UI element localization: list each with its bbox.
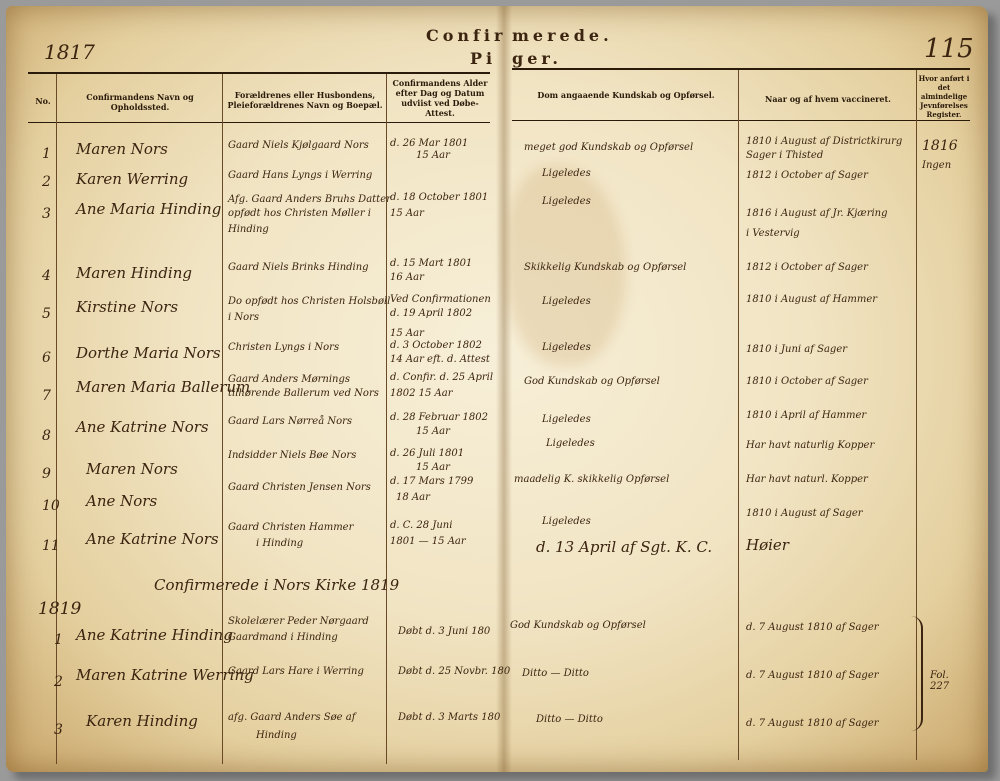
entry-parents: Skolelærer Peder Nørgaard <box>228 616 369 627</box>
entry-name: Ane Katrine Nors <box>86 530 219 548</box>
signature-name: Høier <box>746 536 789 554</box>
entry-judgement: God Kundskab og Opførsel <box>510 620 646 631</box>
column-header-vaccinated: Naar og af hvem vaccineret. <box>742 94 914 104</box>
subtitle-right-part: ger. <box>512 49 562 68</box>
entry-age: Døbt d. 25 Novbr. 180 <box>398 666 510 677</box>
entry-age: Døbt d. 3 Juni 180 <box>398 626 490 637</box>
entry-age-years: 14 Aar eft. d. Attest <box>390 354 490 365</box>
entry-age: d. 17 Mars 1799 <box>390 476 473 487</box>
entry-judgement: Ditto — Ditto <box>522 668 589 679</box>
entry-name: Maren Maria Ballerum <box>76 378 250 396</box>
entry-number: 11 <box>42 538 60 554</box>
entry-judgement: Ligeledes <box>546 438 595 449</box>
column-header-judgement: Dom angaaende Kundskab og Opførsel. <box>516 90 736 100</box>
entry-vaccinated: 1816 i August af Jr. Kjæring <box>746 208 888 219</box>
entry-age-years: 15 Aar <box>390 208 424 219</box>
entry-vaccinated-line2: i Vestervig <box>746 228 800 239</box>
section-year-1819: 1819 <box>38 599 81 619</box>
column-divider <box>738 70 739 760</box>
entry-name: Dorthe Maria Nors <box>76 344 221 362</box>
header-bottom-rule-left <box>28 122 490 123</box>
page-number: 115 <box>924 34 974 64</box>
entry-number: 8 <box>42 428 51 444</box>
entry-vaccinated: d. 7 August 1810 af Sager <box>746 718 879 729</box>
entry-judgement: meget god Kundskab og Opførsel <box>524 142 693 153</box>
entry-name: Maren Hinding <box>76 264 192 282</box>
entry-age: Ved Confirmationen <box>390 294 491 305</box>
entry-age-years: 1802 15 Aar <box>390 388 453 399</box>
entry-name: Maren Nors <box>86 460 178 478</box>
entry-vaccinated: 1810 i August af Sager <box>746 508 863 519</box>
entry-vaccinated: d. 7 August 1810 af Sager <box>746 670 879 681</box>
entry-name: Karen Werring <box>76 170 188 188</box>
entry-parents-line2: Gaardmand i Hinding <box>228 632 338 643</box>
title-right-part: merede. <box>512 26 613 45</box>
entry-vaccinated: 1812 i October af Sager <box>746 262 868 273</box>
entry-age-years: d. 19 April 1802 <box>390 308 472 319</box>
entry-parents: Gaard Niels Kjølgaard Nors <box>228 140 369 151</box>
entry-name: Maren Nors <box>76 140 168 158</box>
column-header-no: No. <box>30 96 56 106</box>
entry-judgement: Ligeledes <box>542 296 591 307</box>
entry-vaccinated: 1810 i April af Hammer <box>746 410 866 421</box>
entry-age: Døbt d. 3 Marts 180 <box>398 712 500 723</box>
entry-parents: Gaard Hans Lyngs i Werring <box>228 170 372 181</box>
entry-number: 6 <box>42 350 51 366</box>
entry-name: Karen Hinding <box>86 712 198 730</box>
entry-vaccinated: Har havt naturlig Kopper <box>746 440 874 451</box>
subtitle-left-part: Pi <box>470 49 496 68</box>
header-top-rule-right <box>512 68 970 70</box>
entry-register: Ingen <box>922 160 951 171</box>
entry-judgement: Ligeledes <box>542 342 591 353</box>
entry-number: 4 <box>42 268 51 284</box>
entry-number: 9 <box>42 466 51 482</box>
entry-number: 3 <box>54 722 63 738</box>
entry-age: d. 3 October 1802 <box>390 340 482 351</box>
entry-parents-line2: tilhørende Ballerum ved Nors <box>228 388 379 399</box>
book-gutter <box>496 6 512 772</box>
header-bottom-rule-right <box>512 120 970 121</box>
entry-judgement: Skikkelig Kundskab og Opførsel <box>524 262 686 273</box>
entry-age: d. C. 28 Juni <box>390 520 452 531</box>
column-header-name: Confirmandens Navn og Opholdssted. <box>60 92 220 112</box>
entry-parents: Christen Lyngs i Nors <box>228 342 339 353</box>
entry-age: d. 28 Februar 1802 <box>390 412 488 423</box>
entry-age: d. Confir. d. 25 April <box>390 372 493 383</box>
entry-age-years: 15 Aar <box>416 426 450 437</box>
entry-number: 1 <box>54 632 63 648</box>
entry-judgement: Ligeledes <box>542 516 591 527</box>
entry-vaccinated-line2: Sager i Thisted <box>746 150 823 161</box>
entry-judgement: Ligeledes <box>542 196 591 207</box>
entry-age-years: 18 Aar <box>396 492 430 503</box>
entry-vaccinated: 1810 i August af Districtkirurg <box>746 136 902 147</box>
entry-number: 2 <box>42 174 51 190</box>
column-header-parents: Forældrenes eller Husbondens, Pleieforæl… <box>226 90 384 110</box>
entry-parents: Gaard Lars Hare i Werring <box>228 666 364 677</box>
entry-name: Ane Katrine Hinding <box>76 626 233 644</box>
entry-parents: Gaard Christen Jensen Nors <box>228 482 371 493</box>
entry-parents: Afg. Gaard Anders Bruhs Datter <box>228 194 391 205</box>
entry-name: Ane Nors <box>86 492 157 510</box>
column-divider <box>386 74 387 764</box>
entry-number: 5 <box>42 306 51 322</box>
entry-parents-line2: i Hinding <box>256 538 303 549</box>
entry-number: 2 <box>54 674 63 690</box>
entry-judgement: maadelig K. skikkelig Opførsel <box>514 474 669 485</box>
entry-parents-line2: opfødt hos Christen Møller i <box>228 208 371 219</box>
entry-parents: afg. Gaard Anders Søe af <box>228 712 355 723</box>
signature-date: d. 13 April af Sgt. K. C. <box>536 538 712 556</box>
entry-vaccinated: 1812 i October af Sager <box>746 170 868 181</box>
register-book-spread: 1817 115 Confir merede. Pi ger. No. Conf… <box>6 6 988 772</box>
column-header-register: Hvor anført i det almindelige Jevnførels… <box>918 74 970 119</box>
entry-parents-line3: Hinding <box>228 224 269 235</box>
entry-vaccinated: d. 7 August 1810 af Sager <box>746 622 879 633</box>
entry-register: 1816 <box>922 138 958 154</box>
entry-parents: Indsidder Niels Bøe Nors <box>228 450 356 461</box>
column-header-age: Confirmandens Alder efter Dag og Datum u… <box>388 78 492 118</box>
entry-age-prev: 15 Aar <box>390 328 424 339</box>
entry-judgement: Ligeledes <box>542 414 591 425</box>
entry-number: 10 <box>42 498 60 514</box>
register-brace <box>911 616 923 731</box>
year-top-left: 1817 <box>44 40 95 64</box>
title-left-part: Confir <box>426 26 506 45</box>
entry-parents: Gaard Anders Mørnings <box>228 374 350 385</box>
entry-age: d. 18 October 1801 <box>390 192 488 203</box>
entry-number: 7 <box>42 388 51 404</box>
entry-age: d. 15 Mart 1801 <box>390 258 472 269</box>
entry-age: d. 26 Juli 1801 <box>390 448 464 459</box>
entry-age: d. 26 Mar 1801 <box>390 138 468 149</box>
entry-parents: Gaard Christen Hammer <box>228 522 353 533</box>
entry-number: 1 <box>42 146 51 162</box>
entry-vaccinated: 1810 i October af Sager <box>746 376 868 387</box>
entry-parents-line2: i Nors <box>228 312 259 323</box>
entry-judgement: God Kundskab og Opførsel <box>524 376 660 387</box>
entry-vaccinated: 1810 i Juni af Sager <box>746 344 847 355</box>
entry-number: 3 <box>42 206 51 222</box>
column-divider <box>56 74 57 764</box>
entry-age-years: 15 Aar <box>416 462 450 473</box>
entry-judgement: Ditto — Ditto <box>536 714 603 725</box>
entry-parents: Do opfødt hos Christen Holsbøll <box>228 296 390 307</box>
entry-age-years: 1801 — 15 Aar <box>390 536 466 547</box>
entry-age-years: 15 Aar <box>416 150 450 161</box>
entry-parents: Gaard Niels Brinks Hinding <box>228 262 369 273</box>
entry-name: Kirstine Nors <box>76 298 178 316</box>
header-top-rule-left <box>28 72 490 74</box>
entry-parents-line2: Hinding <box>256 730 297 741</box>
entry-parents: Gaard Lars Nørreå Nors <box>228 416 352 427</box>
entry-vaccinated: 1810 i August af Hammer <box>746 294 877 305</box>
section-heading-1819: Confirmerede i Nors Kirke 1819 <box>154 576 399 594</box>
entry-vaccinated: Har havt naturl. Kopper <box>746 474 868 485</box>
entry-name: Ane Katrine Nors <box>76 418 209 436</box>
column-divider <box>222 74 223 764</box>
entry-register: Fol. 227 <box>930 670 966 692</box>
entry-age-years: 16 Aar <box>390 272 424 283</box>
entry-name: Ane Maria Hinding <box>76 200 221 218</box>
entry-judgement: Ligeledes <box>542 168 591 179</box>
